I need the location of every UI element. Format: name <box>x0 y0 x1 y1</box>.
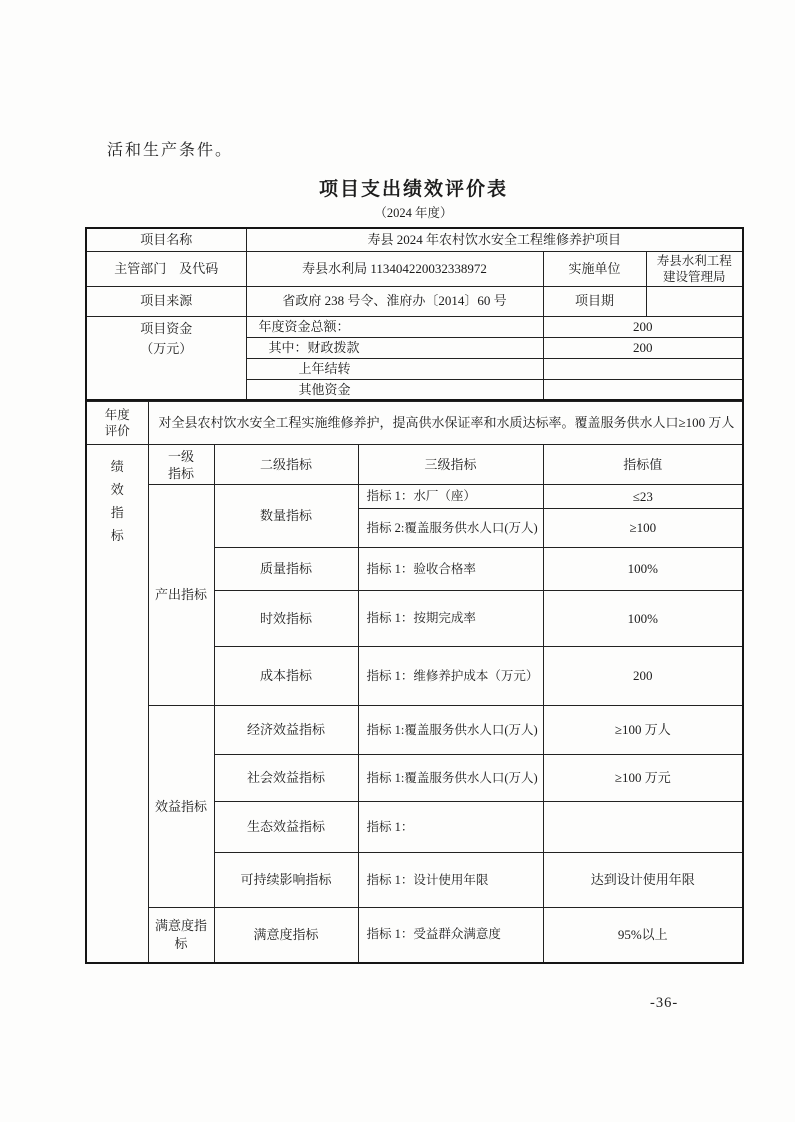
funds-carryover-value <box>543 358 743 379</box>
level1-output: 产出指标 <box>148 485 214 706</box>
indicator-section-label: 绩效指标 <box>86 445 148 963</box>
table-row: 满意度指标 满意度指标 指标 1：受益群众满意度 95%以上 <box>86 908 743 963</box>
impl-unit-line1: 寿县水利工程 <box>657 254 732 268</box>
table-row: 项目名称 寿县 2024 年农村饮水安全工程维修养护项目 <box>86 228 743 251</box>
dept-code-value: 寿县水利局 113404220032338972 <box>246 251 543 286</box>
indicator-value: ≤23 <box>543 485 743 509</box>
funds-fiscal-value: 200 <box>543 337 743 358</box>
level1-satisfaction: 满意度指标 <box>148 908 214 963</box>
performance-indicator-table: 年度 评价 对全县农村饮水安全工程实施维修养护，提高供水保证率和水质达标率。覆盖… <box>85 401 744 964</box>
funds-fiscal-label: 其中：财政拨款 <box>246 337 543 358</box>
level3-indicator: 指标 1：设计使用年限 <box>358 853 543 908</box>
funds-other-label: 其他资金 <box>246 379 543 400</box>
indicator-value: 100% <box>543 548 743 591</box>
level2-satisfaction: 满意度指标 <box>214 908 358 963</box>
page-number: -36- <box>650 995 678 1012</box>
page-subtitle: （2024 年度） <box>85 205 742 221</box>
funds-carryover-label: 上年结转 <box>246 358 543 379</box>
impl-unit-label: 实施单位 <box>543 251 646 286</box>
header-level1: 一级 指标 <box>148 445 214 485</box>
annual-eval-label: 年度 评价 <box>86 402 148 445</box>
document-page: 活和生产条件。 项目支出绩效评价表 （2024 年度） 项目名称 寿县 2024… <box>85 140 742 964</box>
header-level1-line2: 指标 <box>168 466 194 481</box>
funds-total-label: 年度资金总额： <box>246 316 543 337</box>
page-title: 项目支出绩效评价表 <box>85 178 742 202</box>
level2-cost: 成本指标 <box>214 647 358 706</box>
project-name-label: 项目名称 <box>86 228 246 251</box>
level3-indicator: 指标 1： <box>358 802 543 853</box>
level2-economic: 经济效益指标 <box>214 706 358 755</box>
indicator-value: ≥100 <box>543 509 743 548</box>
indicator-value: 200 <box>543 647 743 706</box>
table-row: 主管部门 及代码 寿县水利局 113404220032338972 实施单位 寿… <box>86 251 743 286</box>
header-level3: 三级指标 <box>358 445 543 485</box>
annual-eval-label-line1: 年度 <box>105 408 130 422</box>
impl-unit-value: 寿县水利工程 建设管理局 <box>646 251 743 286</box>
funds-label-line1: 项目资金 <box>140 321 192 336</box>
header-level1-line1: 一级 <box>168 449 194 464</box>
level3-indicator: 指标 1：验收合格率 <box>358 548 543 591</box>
level3-indicator: 指标 1：维修养护成本（万元） <box>358 647 543 706</box>
indicator-section-label-text: 绩效指标 <box>110 455 124 547</box>
source-label: 项目来源 <box>86 286 246 316</box>
funds-other-value <box>543 379 743 400</box>
level3-indicator: 指标 1：按期完成率 <box>358 591 543 647</box>
level3-indicator: 指标 2:覆盖服务供水人口(万人) <box>358 509 543 548</box>
funds-total-value: 200 <box>543 316 743 337</box>
dept-code-label: 主管部门 及代码 <box>86 251 246 286</box>
level2-ecological: 生态效益指标 <box>214 802 358 853</box>
level3-indicator: 指标 1：水厂（座） <box>358 485 543 509</box>
project-name-value: 寿县 2024 年农村饮水安全工程维修养护项目 <box>246 228 743 251</box>
level3-indicator: 指标 1:覆盖服务供水人口(万人) <box>358 706 543 755</box>
level2-sustainability: 可持续影响指标 <box>214 853 358 908</box>
impl-unit-line2: 建设管理局 <box>663 270 726 284</box>
table-row: 绩效指标 一级 指标 二级指标 三级指标 指标值 <box>86 445 743 485</box>
table-row: 效益指标 经济效益指标 指标 1:覆盖服务供水人口(万人) ≥100 万人 <box>86 706 743 755</box>
period-value <box>646 286 743 316</box>
table-row: 项目资金 （万元） 年度资金总额： 200 <box>86 316 743 337</box>
source-value: 省政府 238 号令、淮府办〔2014〕60 号 <box>246 286 543 316</box>
indicator-value: ≥100 万人 <box>543 706 743 755</box>
table-row: 年度 评价 对全县农村饮水安全工程实施维修养护，提高供水保证率和水质达标率。覆盖… <box>86 402 743 445</box>
period-label: 项目期 <box>543 286 646 316</box>
level2-quality: 质量指标 <box>214 548 358 591</box>
indicator-value: 达到设计使用年限 <box>543 853 743 908</box>
indicator-value: ≥100 万元 <box>543 755 743 802</box>
level2-quantity: 数量指标 <box>214 485 358 548</box>
level2-timeliness: 时效指标 <box>214 591 358 647</box>
indicator-value: 100% <box>543 591 743 647</box>
annual-eval-label-line2: 评价 <box>105 424 130 438</box>
project-info-table: 项目名称 寿县 2024 年农村饮水安全工程维修养护项目 主管部门 及代码 寿县… <box>85 227 744 401</box>
indicator-value: 95%以上 <box>543 908 743 963</box>
level2-social: 社会效益指标 <box>214 755 358 802</box>
funds-label: 项目资金 （万元） <box>86 316 246 400</box>
header-level2: 二级指标 <box>214 445 358 485</box>
intro-paragraph-tail: 活和生产条件。 <box>107 140 742 162</box>
indicator-value <box>543 802 743 853</box>
level3-indicator: 指标 1:覆盖服务供水人口(万人) <box>358 755 543 802</box>
funds-label-line2: （万元） <box>140 341 192 356</box>
annual-eval-text: 对全县农村饮水安全工程实施维修养护，提高供水保证率和水质达标率。覆盖服务供水人口… <box>148 402 743 445</box>
header-value: 指标值 <box>543 445 743 485</box>
table-row: 产出指标 数量指标 指标 1：水厂（座） ≤23 <box>86 485 743 509</box>
level3-indicator: 指标 1：受益群众满意度 <box>358 908 543 963</box>
level1-benefit: 效益指标 <box>148 706 214 908</box>
table-row: 项目来源 省政府 238 号令、淮府办〔2014〕60 号 项目期 <box>86 286 743 316</box>
